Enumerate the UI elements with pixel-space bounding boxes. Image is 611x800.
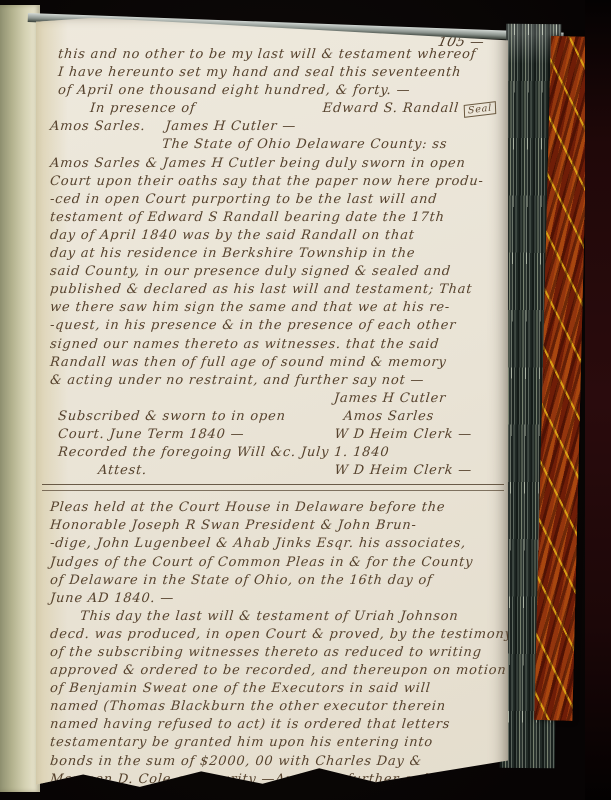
johnson-line: decd. was produced, in open Court & prov… xyxy=(49,626,499,644)
probate-line: Randall was then of full age of sound mi… xyxy=(49,354,499,372)
attest-label: Attest. xyxy=(97,462,148,480)
probate-line: -quest, in his presence & in the presenc… xyxy=(49,317,499,335)
johnson-line: Merreen D. Cole as security —And, it is … xyxy=(49,771,499,789)
photo-background: 105 — this and no other to be my last wi… xyxy=(0,0,611,800)
probate-line: & acting under no restraint, and further… xyxy=(49,372,499,390)
testator-signature: Edward S. Randall xyxy=(322,100,460,118)
clerk-signature: W D Heim Clerk — xyxy=(334,426,473,444)
sworn-text: Subscribed & sworn to in open xyxy=(57,408,286,426)
probate-heading: The State of Ohio Delaware County: ss xyxy=(49,136,499,154)
session-line: June AD 1840. — xyxy=(49,590,499,608)
attestation-line: In presence of Edward S. Randall Seal xyxy=(49,100,499,118)
johnson-line: bonds in the sum of $2000, 00 with Charl… xyxy=(49,753,499,771)
johnson-line: testamentary be granted him upon his ent… xyxy=(49,734,499,752)
probate-line: testament of Edward S Randall bearing da… xyxy=(49,209,499,227)
johnson-line: approved & ordered to be recorded, and t… xyxy=(49,662,499,680)
witness-signature: James H Cutler xyxy=(333,390,447,408)
probate-line: said County, in our presence duly signed… xyxy=(49,263,499,281)
section-divider-rule xyxy=(42,484,504,491)
probate-line: Court upon their oaths say that the pape… xyxy=(49,173,499,191)
witness-signature: Amos Sarles xyxy=(343,408,435,426)
johnson-line: named (Thomas Blackburn the other execut… xyxy=(49,698,499,716)
probate-line: we there saw him sign the same and that … xyxy=(49,299,499,317)
attest-line: Attest. W D Heim Clerk — xyxy=(49,462,499,480)
will-line: I have hereunto set my hand and seal thi… xyxy=(49,64,499,82)
johnson-line: This day the last will & testament of Ur… xyxy=(49,608,499,626)
probate-line: Amos Sarles & James H Cutler being duly … xyxy=(49,155,499,173)
signature-line: James H Cutler xyxy=(49,390,499,408)
will-line: this and no other to be my last will & t… xyxy=(49,46,499,64)
probate-line: day at his residence in Berkshire Townsh… xyxy=(49,245,499,263)
facing-page-edge xyxy=(0,5,40,792)
session-line: of Delaware in the State of Ohio, on the… xyxy=(49,572,499,590)
sworn-line: Court. June Term 1840 — W D Heim Clerk — xyxy=(49,426,499,444)
manuscript-text: this and no other to be my last will & t… xyxy=(50,46,498,789)
session-line: Judges of the Court of Common Pleas in &… xyxy=(49,554,499,572)
will-line: of April one thousand eight hundred, & f… xyxy=(49,82,499,100)
probate-line: signed our names thereto as witnesses. t… xyxy=(49,336,499,354)
witness-names: Amos Sarles. James H Cutler — xyxy=(49,118,499,136)
record-book-page: 105 — this and no other to be my last wi… xyxy=(36,14,508,790)
johnson-line: of Benjamin Sweat one of the Executors i… xyxy=(49,680,499,698)
probate-line: day of April 1840 was by the said Randal… xyxy=(49,227,499,245)
recorded-line: Recorded the foregoing Will &c. July 1. … xyxy=(49,444,499,462)
sworn-line: Subscribed & sworn to in open Amos Sarle… xyxy=(49,408,499,426)
johnson-line: named having refused to act) it is order… xyxy=(49,716,499,734)
clerk-signature: W D Heim Clerk — xyxy=(334,462,473,480)
seal-annotation: Seal xyxy=(464,101,497,118)
sworn-text: Court. June Term 1840 — xyxy=(57,426,245,444)
testator-signature-group: Edward S. Randall Seal xyxy=(322,100,497,118)
book-cover-spine xyxy=(585,0,611,800)
session-line: Pleas held at the Court House in Delawar… xyxy=(49,499,499,517)
session-line: -dige, John Lugenbeel & Ahab Jinks Esqr.… xyxy=(49,535,499,553)
probate-line: -ced in open Court purporting to be the … xyxy=(49,191,499,209)
presence-label: In presence of xyxy=(89,100,196,118)
johnson-line: of the subscribing witnesses thereto as … xyxy=(49,644,499,662)
session-line: Honorable Joseph R Swan President & John… xyxy=(49,517,499,535)
probate-line: published & declared as his last will an… xyxy=(49,281,499,299)
